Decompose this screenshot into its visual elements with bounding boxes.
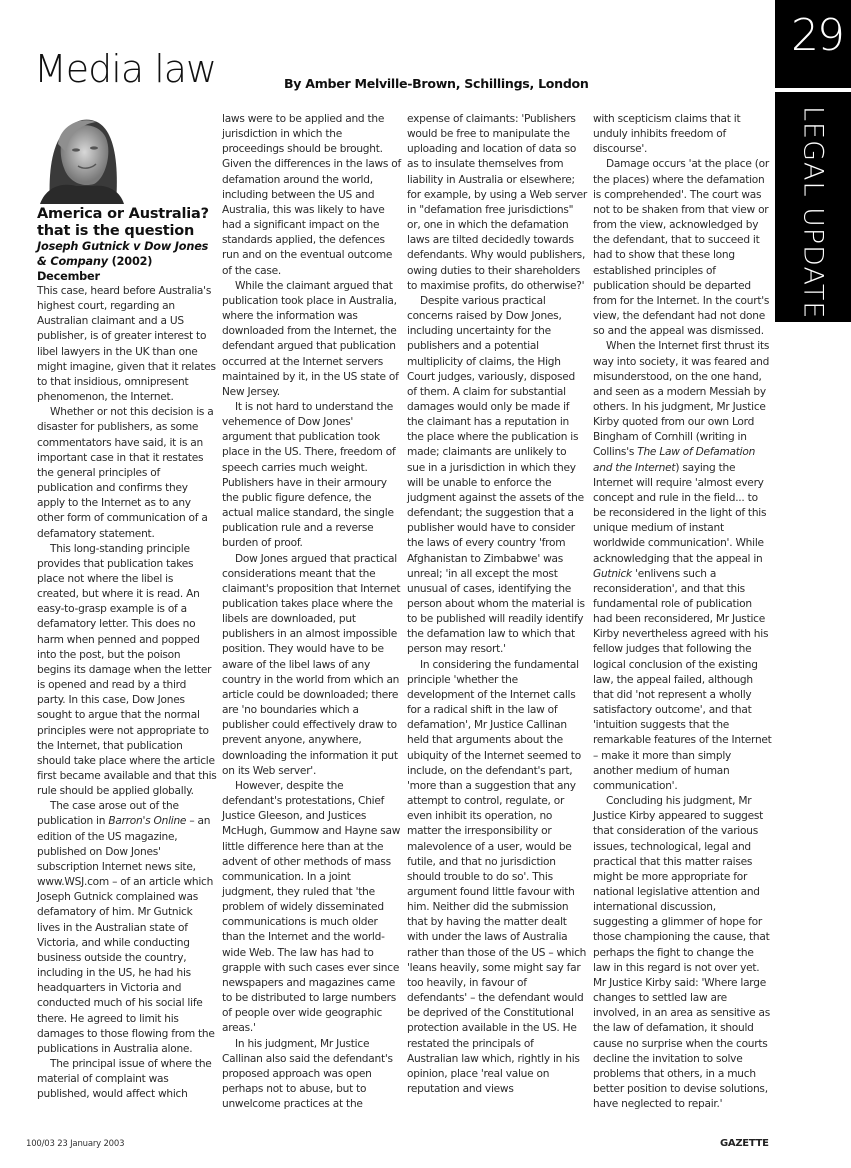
- paragraph: However, despite the defendant's protest…: [222, 779, 402, 1037]
- paragraph: While the claimant argued that publicati…: [222, 279, 402, 400]
- text-span: ) saying the Internet will require 'almo…: [593, 462, 766, 565]
- section-tab-label: LEGAL UPDATE: [800, 106, 827, 319]
- author-photo: [40, 108, 124, 204]
- paragraph: expense of claimants: 'Publishers would …: [407, 112, 587, 294]
- article-column-3: expense of claimants: 'Publishers would …: [407, 112, 587, 1097]
- paragraph: In considering the fundamental principle…: [407, 658, 587, 1098]
- section-tab: LEGAL UPDATE: [775, 92, 851, 322]
- paragraph: Concluding his judgment, Mr Justice Kirb…: [593, 794, 773, 1112]
- paragraph: Despite various practical concerns raise…: [407, 294, 587, 658]
- article-column-2: laws were to be applied and the jurisdic…: [222, 112, 402, 1112]
- page-number: 29: [791, 14, 843, 58]
- paragraph: This case, heard before Australia's high…: [37, 284, 217, 405]
- case-short-name: Gutnick: [593, 568, 632, 580]
- paragraph: The case arose out of the publication in…: [37, 799, 217, 1057]
- text-span: – an edition of the US magazine, publish…: [37, 815, 215, 1054]
- publication-title: Barron's Online: [108, 815, 186, 827]
- page-number-tab: 29: [775, 0, 851, 88]
- article-column-1: America or Australia? that is the questi…: [37, 108, 217, 1102]
- paragraph: Whether or not this decision is a disast…: [37, 405, 217, 541]
- text-span: 'enlivens such a reconsideration', and t…: [593, 568, 772, 792]
- case-citation: Joseph Gutnick v Dow Jones & Company (20…: [37, 239, 217, 284]
- paragraph: The principal issue of where the materia…: [37, 1057, 217, 1102]
- paragraph: It is not hard to understand the vehemen…: [222, 400, 402, 552]
- portrait-image-icon: [40, 108, 124, 204]
- article-headline: America or Australia? that is the questi…: [37, 206, 217, 239]
- paragraph: Damage occurs 'at the place (or the plac…: [593, 157, 773, 339]
- text-span: When the Internet first thrust its way i…: [593, 340, 769, 458]
- paragraph: When the Internet first thrust its way i…: [593, 339, 773, 794]
- issue-date: 100/03 23 January 2003: [26, 1139, 124, 1149]
- publication-name: GAZETTE: [720, 1138, 769, 1149]
- paragraph: with scepticism claims that it unduly in…: [593, 112, 773, 157]
- article-column-4: with scepticism claims that it unduly in…: [593, 112, 773, 1112]
- paragraph: laws were to be applied and the jurisdic…: [222, 112, 402, 279]
- paragraph: In his judgment, Mr Justice Callinan als…: [222, 1037, 402, 1113]
- paragraph: Dow Jones argued that practical consider…: [222, 552, 402, 779]
- byline: By Amber Melville-Brown, Schillings, Lon…: [284, 76, 589, 91]
- paragraph: This long-standing principle provides th…: [37, 542, 217, 800]
- section-title: Media law: [34, 50, 216, 88]
